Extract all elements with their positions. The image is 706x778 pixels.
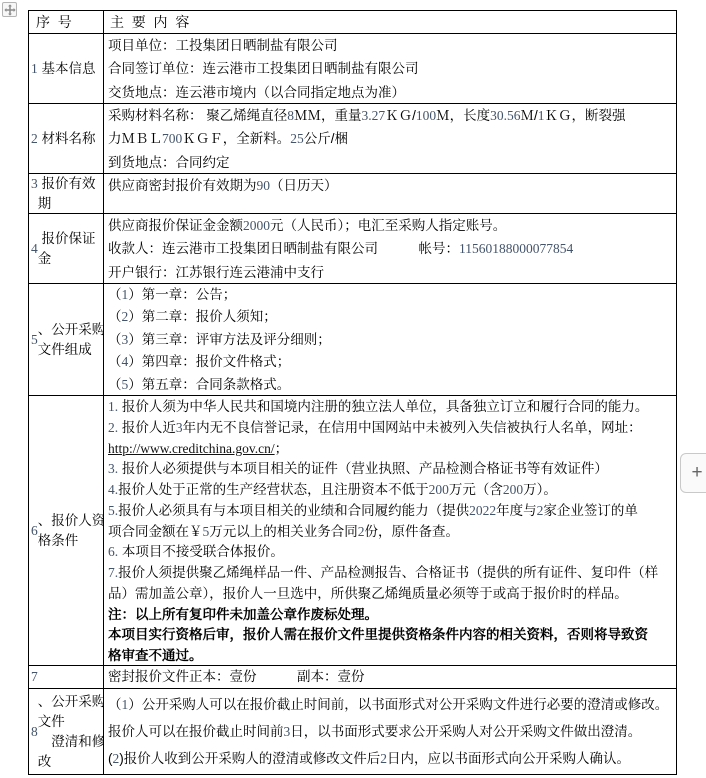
text-line: 6. 本项目不接受联合体报价。: [108, 542, 674, 563]
row-label: 4 报价保证 金: [29, 214, 104, 283]
text-line: 合同签订单位：连云港市工投集团日晒制盐有限公司: [108, 57, 674, 80]
url-suffix: ；: [275, 441, 289, 456]
text-line: (2)报价人收到公开采购人的澄清或修改文件后2日内，应以书面形式向公开采购人确认…: [108, 745, 674, 772]
table-row-clarification-modification: 8、公开采购 文件 澄清和修 改 （1）公开采购人可以在报价截止时间前，以书面形…: [29, 689, 676, 774]
text-line: 7.报价人须提供聚乙烯绳样品一件、产品检测报告、合格证书（提供的所有证件、复印件…: [108, 563, 674, 584]
row-label: 6、报价人资 格条件: [29, 396, 104, 665]
row-label: 5、公开采购 文件组成: [29, 284, 104, 395]
text-line: 1. 报价人须为中华人民共和国境内注册的独立法人单位，具备独立订立和履行合同的能…: [108, 397, 674, 418]
row-label: 8、公开采购 文件 澄清和修 改: [29, 689, 104, 774]
row-content: 1. 报价人须为中华人民共和国境内注册的独立法人单位，具备独立订立和履行合同的能…: [104, 396, 676, 665]
url-line: http://www.creditchina.gov.cn/；: [108, 439, 674, 460]
text-line: 3. 报价人必须提供与本项目相关的证件（营业执照、产品检测合格证书等有效证件）: [108, 459, 674, 480]
text-line: 5.报价人必须具有与本项目相关的业绩和合同履约能力（提供2022年度与2家企业签…: [108, 501, 674, 522]
table-row-material-name: 2 材料名称 采购材料名称： 聚乙烯绳直径8ＭＭ，重量3.27ＫＧ/100Ｍ，长…: [29, 104, 676, 174]
row-content: 采购材料名称： 聚乙烯绳直径8ＭＭ，重量3.27ＫＧ/100Ｍ，长度30.56Ｍ…: [104, 104, 676, 173]
text-line: 4.报价人处于正常的生产经营状态，且注册资本不低于200万元（含200万）。: [108, 480, 674, 501]
text-line: （1）公开采购人可以在报价截止时间前，以书面形式对公开采购文件进行必要的澄清或修…: [108, 691, 674, 718]
text-line: 开户银行：江苏银行连云港浦中支行: [108, 261, 674, 283]
row-content: 密封报价文件正本：壹份 副本：壹份: [104, 666, 676, 688]
note-line: 格审查不通过。: [108, 646, 674, 665]
add-button[interactable]: +: [680, 453, 706, 493]
text-line: 力ＭＢＬ700ＫＧＦ，全新料。25公斤/梱: [108, 127, 674, 150]
table-row-quote-validity: 3 报价有效 期 供应商密封报价有效期为90（日历天）: [29, 174, 676, 214]
note-line: 本项目实行资格后审，报价人需在报价文件里提供资格条件内容的相关资料，否则将导致资: [108, 625, 674, 646]
text-line: 到货地点：合同约定: [108, 151, 674, 173]
text-line: （5）第五章：合同条款格式。: [108, 374, 674, 395]
text-line: （2）第二章：报价人须知；: [108, 306, 674, 328]
table-row-bidder-qualifications: 6、报价人资 格条件 1. 报价人须为中华人民共和国境内注册的独立法人单位，具备…: [29, 396, 676, 666]
text-line: 2. 报价人近3年内无不良信誉记录，在信用中国网站中未被列入失信被执行人名单，网…: [108, 418, 674, 439]
row-content: （1）第一章：公告； （2）第二章：报价人须知； （3）第三章：评审方法及评分细…: [104, 284, 676, 395]
text-line: 供应商密封报价有效期为90（日历天）: [108, 174, 674, 197]
text-line: 收款人：连云港市工投集团日晒制盐有限公司 帐号：1156018800007785…: [108, 237, 674, 260]
row-content: 供应商密封报价有效期为90（日历天）: [104, 174, 676, 213]
row-content: 项目单位：工投集团日晒制盐有限公司 合同签订单位：连云港市工投集团日晒制盐有限公…: [104, 34, 676, 103]
row-label: 7: [29, 666, 104, 688]
header-col-content: 主 要 内 容: [104, 11, 676, 33]
text-line: 交货地点：连云港市境内（以合同指定地点为准）: [108, 81, 674, 103]
text-line: （4）第四章：报价文件格式；: [108, 351, 674, 373]
text-line: 项目单位：工投集团日晒制盐有限公司: [108, 34, 674, 57]
table-row-document-copies: 7 密封报价文件正本：壹份 副本：壹份: [29, 666, 676, 689]
move-arrows-icon: [4, 4, 16, 16]
text-line: 报价人可以在报价截止时间前3日，以书面形式要求公开采购人对公开采购文件做出澄清。: [108, 718, 674, 745]
text-line: 项合同金额在￥5万元以上的相关业务合同2份，原件备查。: [108, 522, 674, 543]
table-row-basic-info: 1 基本信息 项目单位：工投集团日晒制盐有限公司 合同签订单位：连云港市工投集团…: [29, 34, 676, 104]
row-content: （1）公开采购人可以在报价截止时间前，以书面形式对公开采购文件进行必要的澄清或修…: [104, 689, 676, 774]
header-col-no: 序 号: [29, 11, 104, 33]
text-line: 采购材料名称： 聚乙烯绳直径8ＭＭ，重量3.27ＫＧ/100Ｍ，长度30.56Ｍ…: [108, 104, 674, 127]
text-line: （1）第一章：公告；: [108, 284, 674, 306]
procurement-table: 序 号 主 要 内 容 1 基本信息 项目单位：工投集团日晒制盐有限公司 合同签…: [28, 10, 677, 775]
table-header-row: 序 号 主 要 内 容: [29, 11, 676, 34]
row-label: 2 材料名称: [29, 104, 104, 173]
text-line: 密封报价文件正本：壹份 副本：壹份: [108, 666, 674, 688]
row-label: 3 报价有效 期: [29, 174, 104, 213]
text-line: 供应商报价保证金金额2000元（人民币）；电汇至采购人指定账号。: [108, 214, 674, 237]
creditchina-link[interactable]: http://www.creditchina.gov.cn/: [108, 441, 275, 456]
row-label: 1 基本信息: [29, 34, 104, 103]
text-line: （3）第三章：评审方法及评分细则；: [108, 329, 674, 351]
table-row-quote-deposit: 4 报价保证 金 供应商报价保证金金额2000元（人民币）；电汇至采购人指定账号…: [29, 214, 676, 284]
note-line: 注：以上所有复印件未加盖公章作废标处理。: [108, 605, 674, 626]
row-content: 供应商报价保证金金额2000元（人民币）；电汇至采购人指定账号。 收款人：连云港…: [104, 214, 676, 283]
text-line: 品）需加盖公章），报价人一旦选中，所供聚乙烯绳质量必须等于或高于报价时的样品。: [108, 584, 674, 605]
table-row-document-composition: 5、公开采购 文件组成 （1）第一章：公告； （2）第二章：报价人须知； （3）…: [29, 284, 676, 396]
table-move-handle-icon[interactable]: [2, 2, 17, 17]
